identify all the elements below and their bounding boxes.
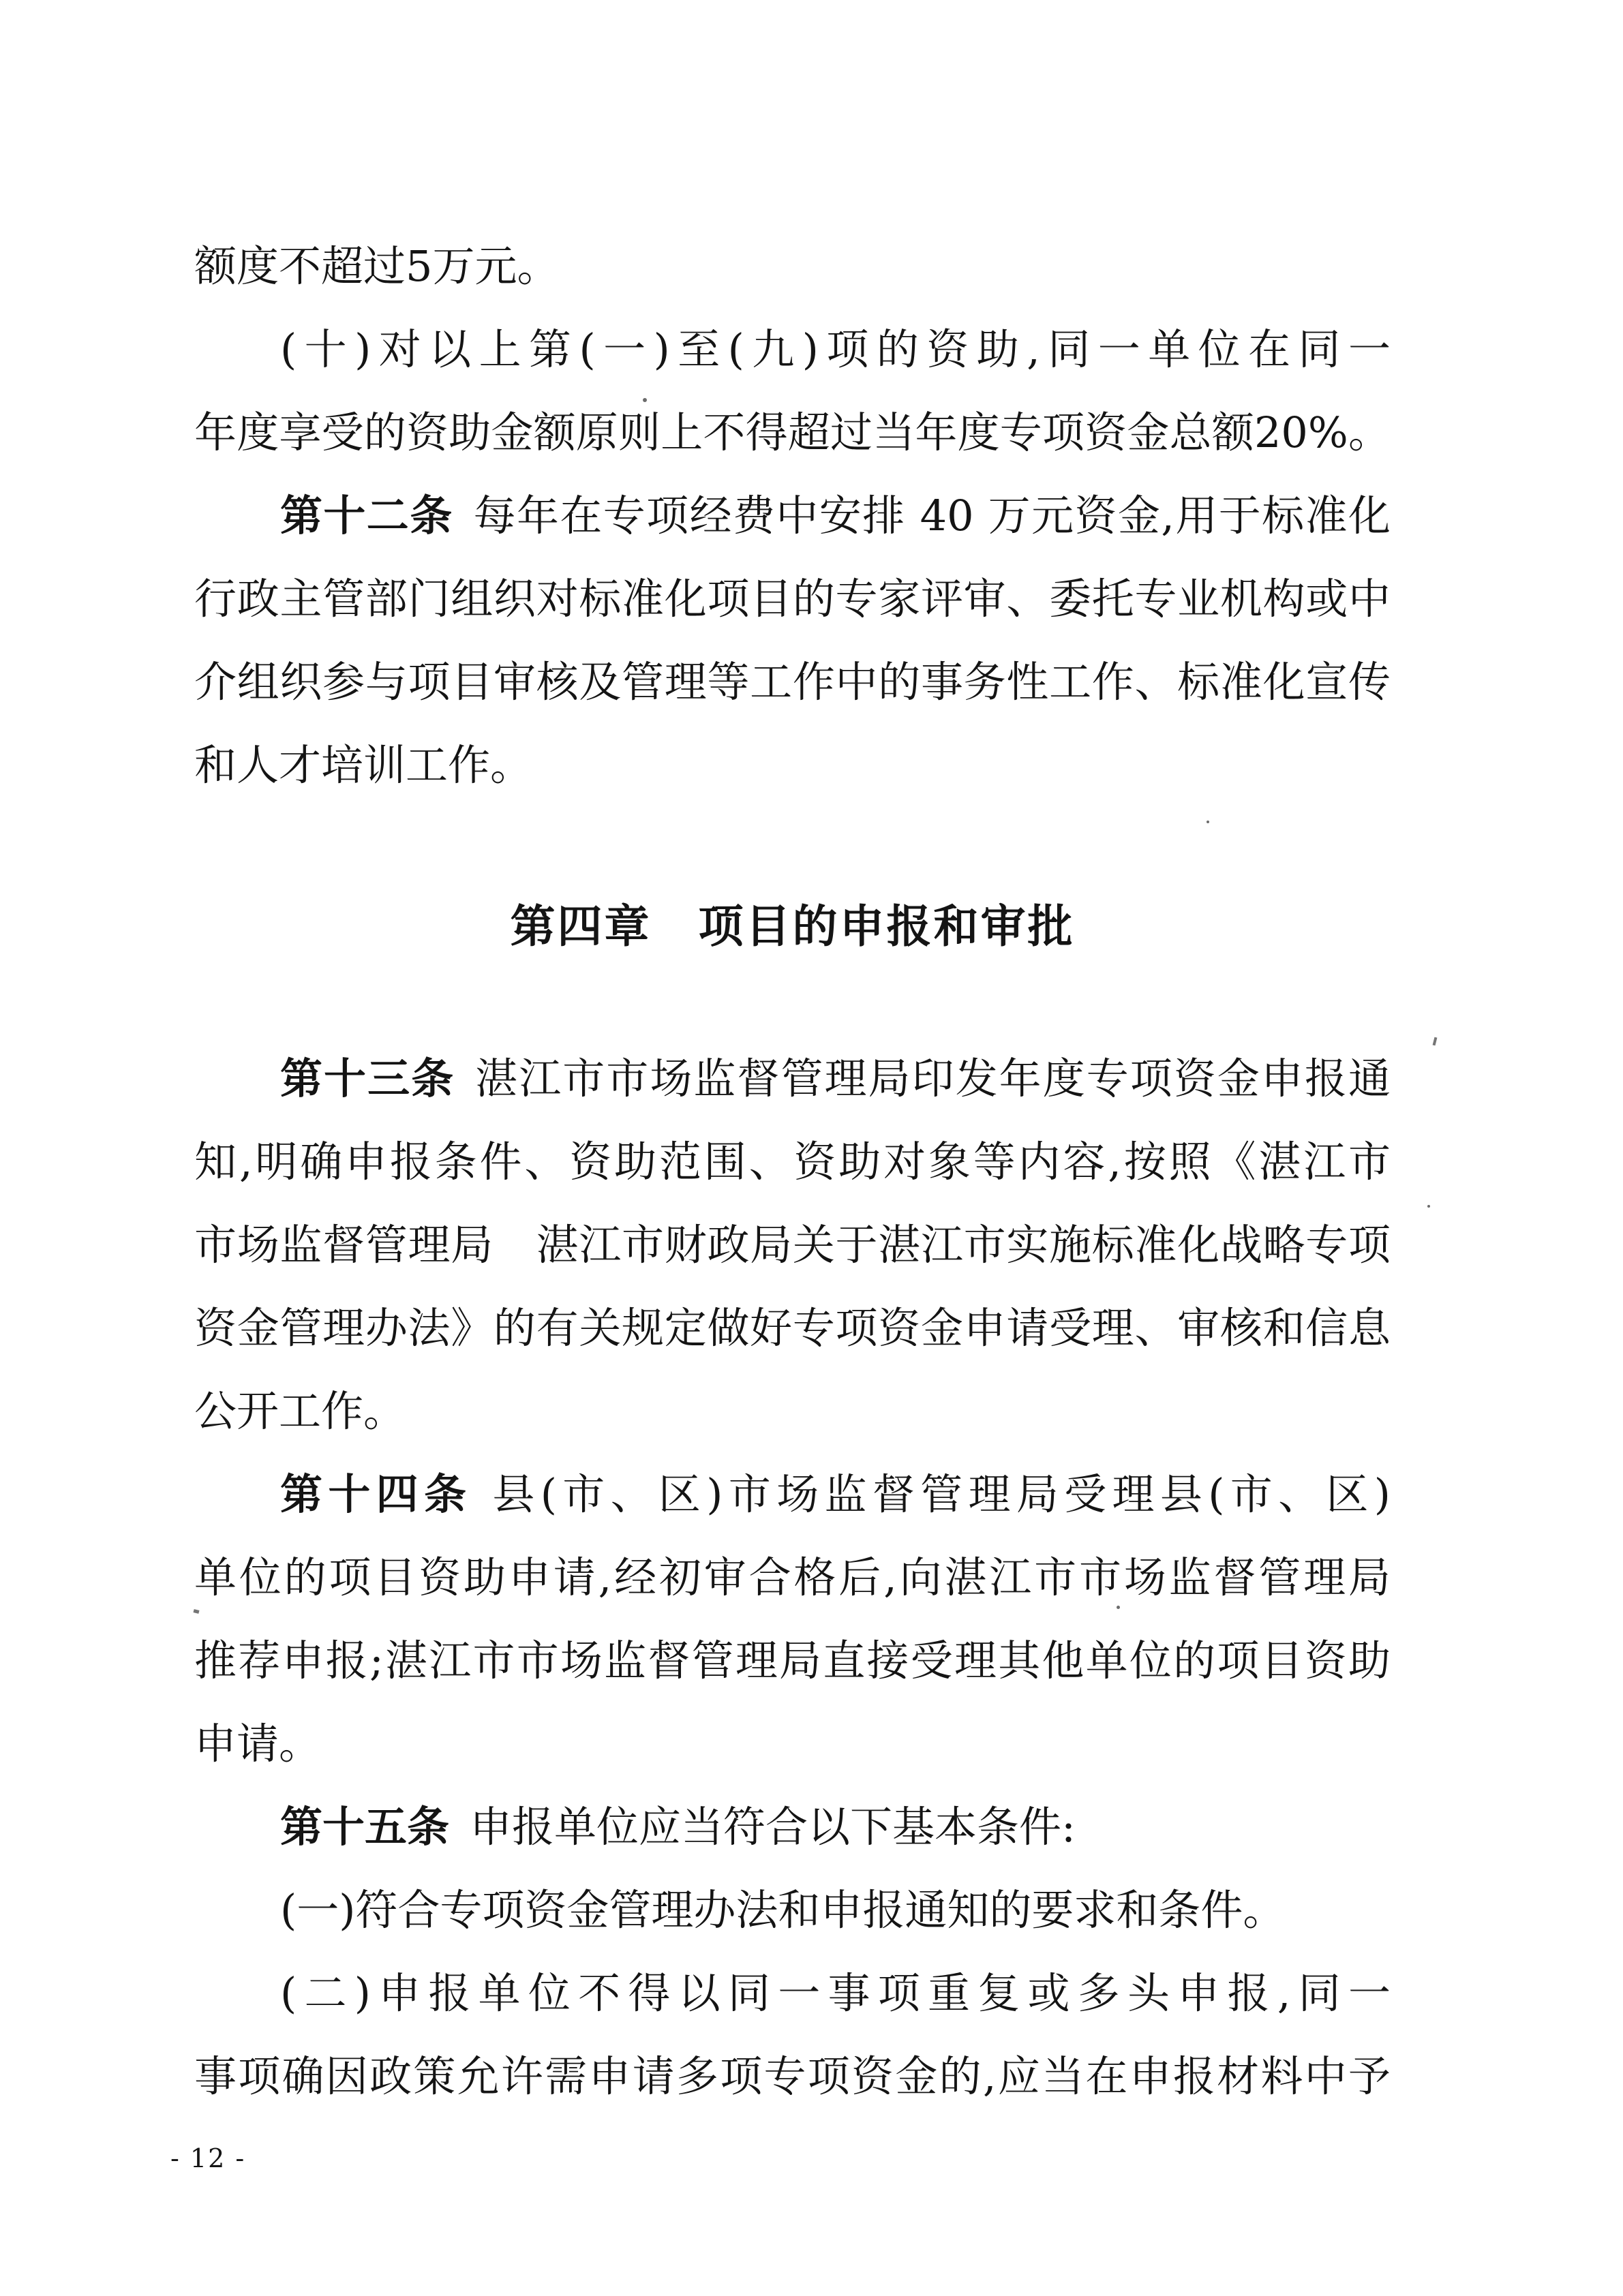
line-text: 知,明确申报条件、资助范围、资助对象等内容,按照《湛江市 xyxy=(194,1137,1391,1187)
text-line: 资金管理办法》的有关规定做好专项资金申请受理、审核和信息 xyxy=(194,1287,1391,1370)
line-text: (二)申报单位不得以同一事项重复或多头申报,同一 xyxy=(280,1968,1391,2018)
line-text: 行政主管部门组织对标准化项目的专家评审、委托专业机构或中 xyxy=(194,574,1391,624)
text-line: 第十五条申报单位应当符合以下基本条件: xyxy=(194,1786,1391,1869)
scan-artifact-mark xyxy=(1433,1037,1438,1046)
text-line: 事项确因政策允许需申请多项专项资金的,应当在申报材料中予 xyxy=(194,2035,1391,2118)
scan-artifact-dot xyxy=(643,398,647,402)
text-line: 单位的项目资助申请,经初审合格后,向湛江市市场监督管理局 xyxy=(194,1536,1391,1619)
text-line: 额度不超过5万元。 xyxy=(194,225,1391,308)
scan-artifact-dot xyxy=(1427,1205,1430,1208)
article-number: 第十五条 xyxy=(280,1802,449,1852)
document-page: 额度不超过5万元。(十)对以上第(一)至(九)项的资助,同一单位在同一年度享受的… xyxy=(0,0,1623,2296)
line-text: 每年在专项经费中安排 40 万元资金,用于标准化 xyxy=(474,491,1391,540)
line-text: 单位的项目资助申请,经初审合格后,向湛江市市场监督管理局 xyxy=(194,1552,1391,1602)
article-number: 第十三条 xyxy=(280,1054,455,1103)
line-text: 和人才培训工作。 xyxy=(194,740,532,790)
text-line: 和人才培训工作。 xyxy=(194,724,1391,807)
line-text: 县(市、区)市场监督管理局受理县(市、区) xyxy=(492,1469,1391,1519)
line-text: 公开工作。 xyxy=(194,1386,406,1436)
scan-artifact-dot xyxy=(1117,1606,1120,1609)
text-line: (十)对以上第(一)至(九)项的资助,同一单位在同一 xyxy=(194,308,1391,391)
line-text: 申请。 xyxy=(194,1719,321,1769)
text-line: (二)申报单位不得以同一事项重复或多头申报,同一 xyxy=(194,1952,1391,2035)
line-text: 年度享受的资助金额原则上不得超过当年度专项资金总额20%。 xyxy=(194,408,1391,457)
text-line: 年度享受的资助金额原则上不得超过当年度专项资金总额20%。 xyxy=(194,391,1391,474)
text-line: 公开工作。 xyxy=(194,1370,1391,1453)
scan-artifact-dot xyxy=(1207,821,1209,823)
line-text: 资金管理办法》的有关规定做好专项资金申请受理、审核和信息 xyxy=(194,1303,1391,1353)
line-text: 介组织参与项目审核及管理等工作中的事务性工作、标准化宣传 xyxy=(194,657,1391,707)
line-text: (一)符合专项资金管理办法和申报通知的要求和条件。 xyxy=(280,1885,1285,1935)
line-text: 事项确因政策允许需申请多项专项资金的,应当在申报材料中予 xyxy=(194,2051,1391,2101)
article-number: 第十四条 xyxy=(280,1469,472,1519)
page-number: - 12 - xyxy=(170,2145,245,2171)
text-line: 第十二条每年在专项经费中安排 40 万元资金,用于标准化 xyxy=(194,474,1391,557)
line-text: (十)对以上第(一)至(九)项的资助,同一单位在同一 xyxy=(280,324,1391,374)
line-text: 推荐申报;湛江市市场监督管理局直接受理其他单位的项目资助 xyxy=(194,1636,1391,1685)
text-line: 市场监督管理局 湛江市财政局关于湛江市实施标准化战略专项 xyxy=(194,1204,1391,1287)
line-text: 申报单位应当符合以下基本条件: xyxy=(470,1802,1076,1852)
text-line: 第十三条湛江市市场监督管理局印发年度专项资金申报通 xyxy=(194,1037,1391,1120)
text-line: (一)符合专项资金管理办法和申报通知的要求和条件。 xyxy=(194,1869,1391,1952)
article-number: 第十二条 xyxy=(280,491,453,540)
line-text: 湛江市市场监督管理局印发年度专项资金申报通 xyxy=(475,1054,1391,1103)
text-line: 推荐申报;湛江市市场监督管理局直接受理其他单位的项目资助 xyxy=(194,1619,1391,1702)
text-line: 介组织参与项目审核及管理等工作中的事务性工作、标准化宣传 xyxy=(194,641,1391,724)
document-body: 额度不超过5万元。(十)对以上第(一)至(九)项的资助,同一单位在同一年度享受的… xyxy=(194,225,1391,2118)
text-line: 行政主管部门组织对标准化项目的专家评审、委托专业机构或中 xyxy=(194,557,1391,641)
text-line: 申请。 xyxy=(194,1702,1391,1786)
line-text: 第四章 项目的申报和审批 xyxy=(511,890,1075,955)
text-line: 第十四条县(市、区)市场监督管理局受理县(市、区) xyxy=(194,1453,1391,1536)
line-text: 额度不超过5万元。 xyxy=(194,241,559,291)
text-line: 知,明确申报条件、资助范围、资助对象等内容,按照《湛江市 xyxy=(194,1120,1391,1204)
line-text: 市场监督管理局 湛江市财政局关于湛江市实施标准化战略专项 xyxy=(194,1220,1391,1270)
chapter-heading: 第四章 项目的申报和审批 xyxy=(194,807,1391,1037)
